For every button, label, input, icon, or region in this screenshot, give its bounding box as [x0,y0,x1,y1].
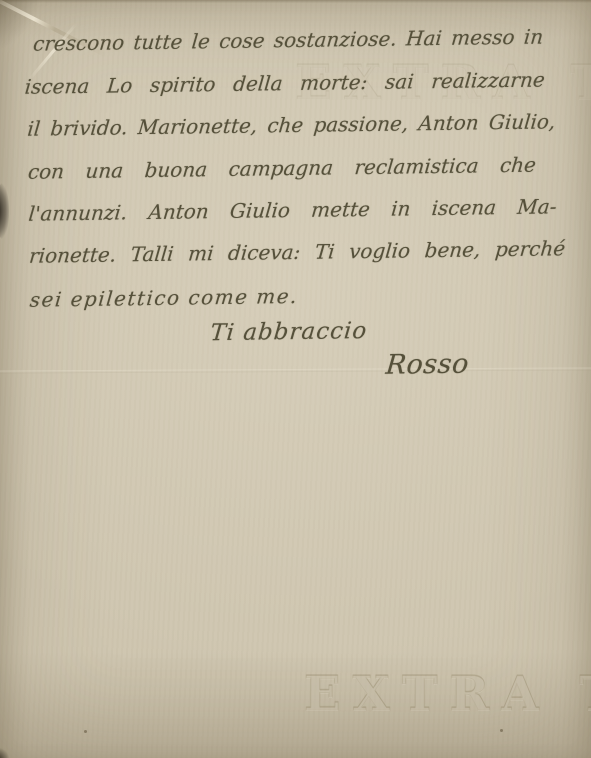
closing-salutation: Ti abbraccio [209,317,368,347]
handwriting-line-5: l'annunzi. Anton Giulio mette in iscena … [27,192,558,227]
handwriting-line-3: il brivido. Marionette, che passione, An… [26,107,557,142]
signature: Rosso [385,351,471,380]
handwriting-line-6: rionette. Talli mi diceva: Ti voglio ben… [28,234,566,270]
handwriting-text: crescono tutte le cose sostanziose. Hai … [0,0,591,758]
handwriting-line-4: con una buona campagna reclamistica che [27,151,538,186]
handwriting-line-2: iscena Lo spirito della morte: sai reali… [24,65,547,100]
letter-page: EXTRA T EXTRA T crescono tutte le cose s… [0,0,591,758]
handwriting-line-1: crescono tutte le cose sostanziose. Hai … [32,22,545,57]
handwriting-line-7: sei epilettico come me. [29,282,300,314]
